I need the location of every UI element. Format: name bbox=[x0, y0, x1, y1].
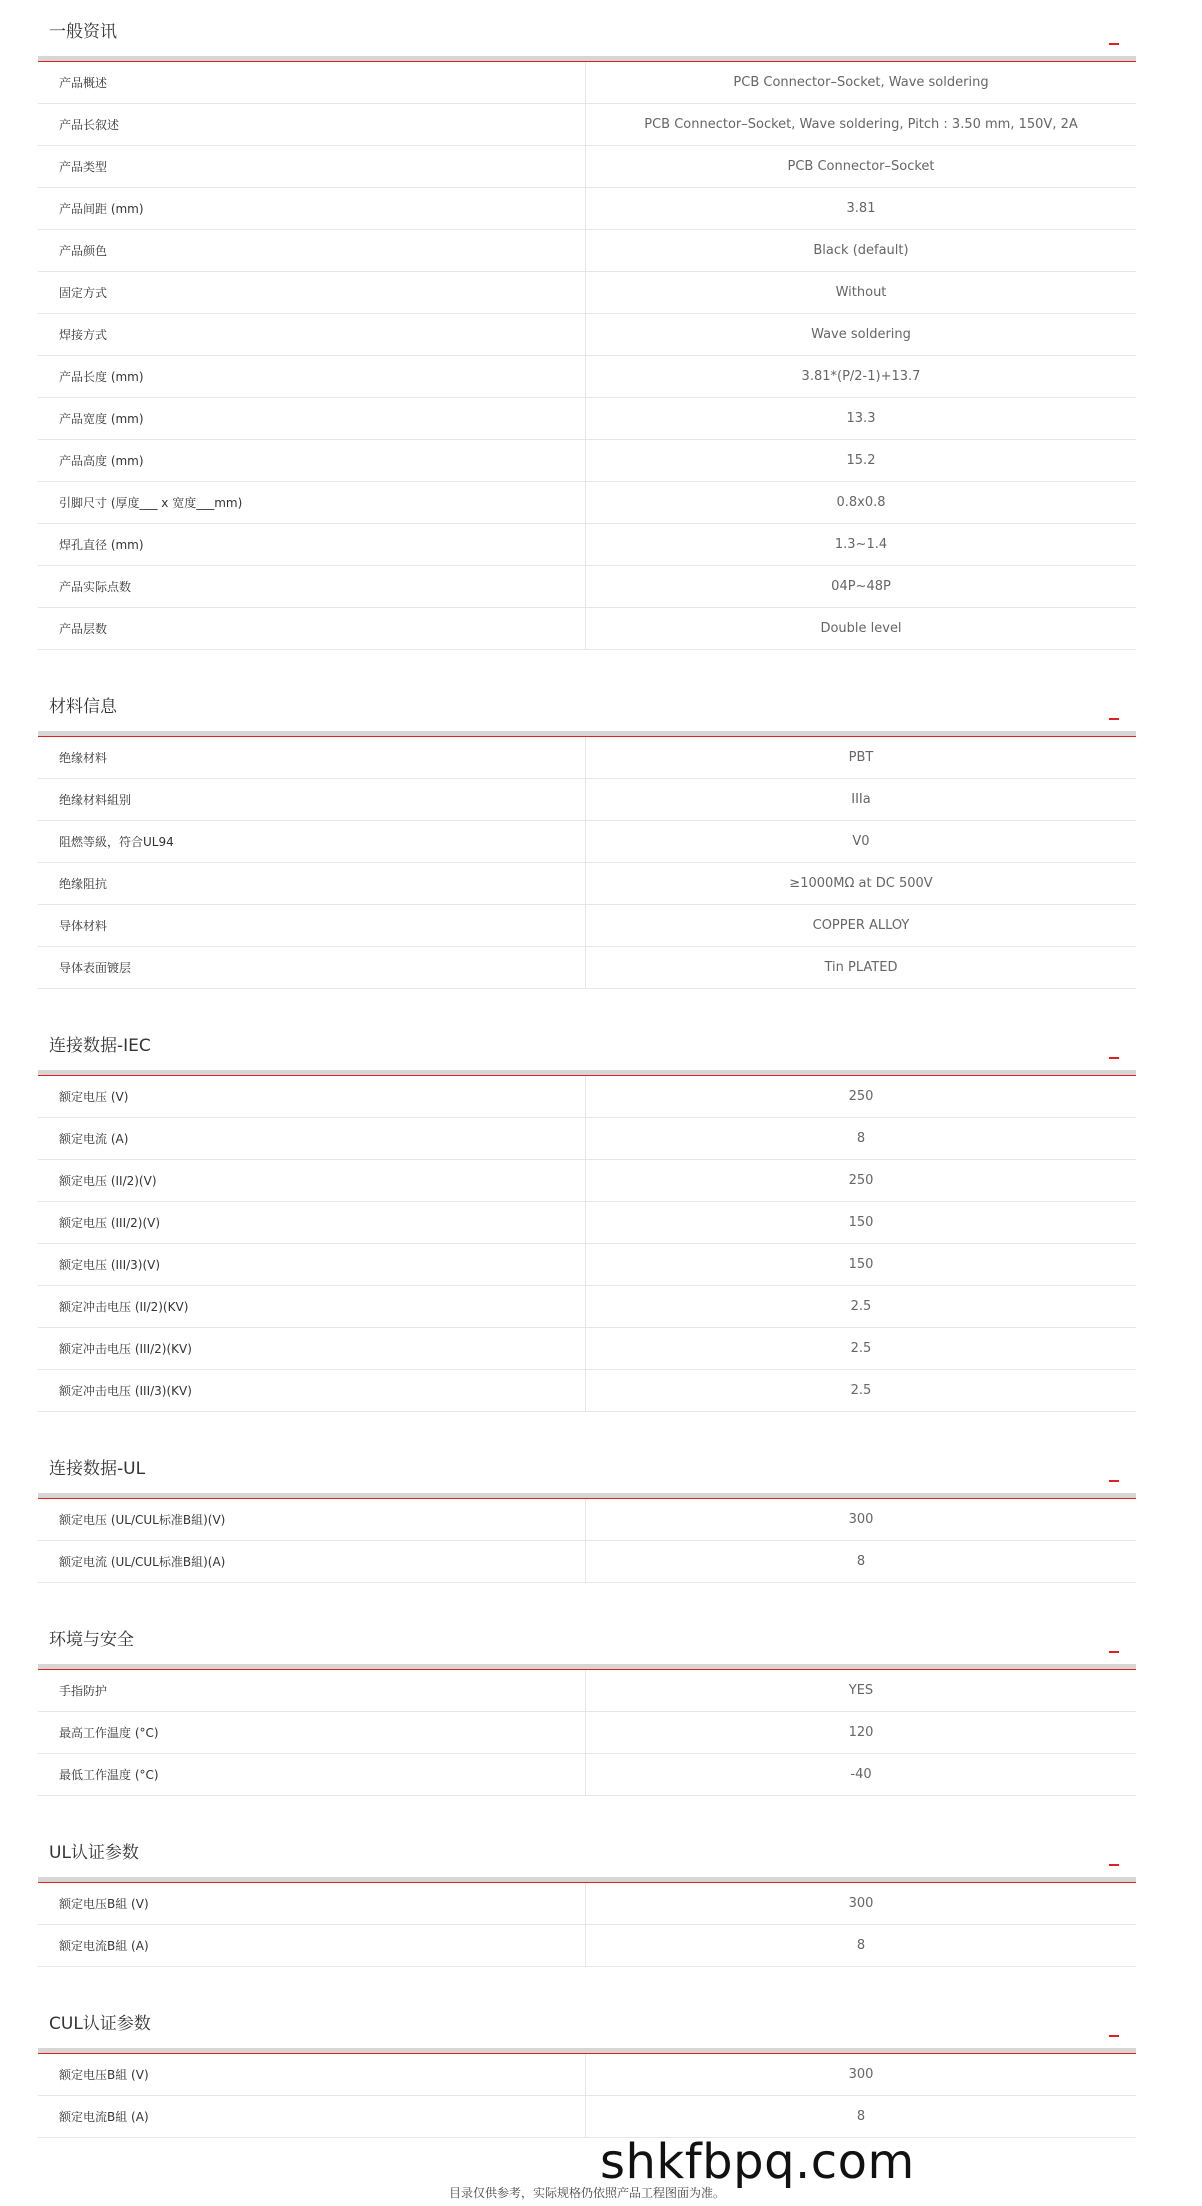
row-label: 产品概述 bbox=[38, 62, 586, 104]
row-label: 额定电压B組 (V) bbox=[38, 1883, 586, 1925]
table-row: 产品间距 (mm)3.81 bbox=[38, 188, 1136, 230]
row-label: 焊接方式 bbox=[38, 314, 586, 356]
section-title: 连接数据-UL bbox=[49, 1457, 145, 1481]
collapse-button[interactable] bbox=[1105, 1473, 1123, 1489]
table-row: 产品颜色Black (default) bbox=[38, 230, 1136, 272]
row-value: Tin PLATED bbox=[586, 947, 1137, 989]
minus-icon bbox=[1109, 718, 1119, 720]
table-row: 手指防护YES bbox=[38, 1670, 1136, 1712]
table-row: 焊接方式Wave soldering bbox=[38, 314, 1136, 356]
row-label: 额定电压 (V) bbox=[38, 1076, 586, 1118]
collapse-button[interactable] bbox=[1105, 1644, 1123, 1660]
table-row: 产品宽度 (mm)13.3 bbox=[38, 398, 1136, 440]
table-row: 产品实际点数04P~48P bbox=[38, 566, 1136, 608]
row-value: 13.3 bbox=[586, 398, 1137, 440]
row-value: 8 bbox=[586, 2096, 1137, 2138]
collapse-button[interactable] bbox=[1105, 1050, 1123, 1066]
minus-icon bbox=[1109, 2035, 1119, 2037]
table-row: 额定电压 (II/2)(V)250 bbox=[38, 1160, 1136, 1202]
row-value: 250 bbox=[586, 1160, 1137, 1202]
spec-table: 额定电压B組 (V)300 额定电流B組 (A)8 bbox=[38, 1883, 1136, 1967]
section-connection-iec: 连接数据-IEC 额定电压 (V)250 额定电流 (A)8 额定电压 (II/… bbox=[38, 1014, 1136, 1412]
table-row: 阻燃等級，符合UL94V0 bbox=[38, 821, 1136, 863]
table-row: 产品长度 (mm)3.81*(P/2-1)+13.7 bbox=[38, 356, 1136, 398]
row-value: 150 bbox=[586, 1202, 1137, 1244]
section-title: 一般资讯 bbox=[49, 20, 117, 44]
table-row: 额定电流 (UL/CUL标准B組)(A)8 bbox=[38, 1541, 1136, 1583]
table-row: 导体材料COPPER ALLOY bbox=[38, 905, 1136, 947]
row-value: 8 bbox=[586, 1925, 1137, 1967]
row-value: Wave soldering bbox=[586, 314, 1137, 356]
row-value: YES bbox=[586, 1670, 1137, 1712]
table-row: 产品概述PCB Connector–Socket, Wave soldering bbox=[38, 62, 1136, 104]
disclaimer-note: 目录仅供参考，实际规格仍依照产品工程图面为准。 bbox=[0, 2185, 1174, 2201]
row-value: PCB Connector–Socket bbox=[586, 146, 1137, 188]
minus-icon bbox=[1109, 1480, 1119, 1482]
spec-table: 产品概述PCB Connector–Socket, Wave soldering… bbox=[38, 62, 1136, 650]
row-value: 0.8x0.8 bbox=[586, 482, 1137, 524]
section-title: 连接数据-IEC bbox=[49, 1034, 151, 1058]
section-environment-safety: 环境与安全 手指防护YES 最高工作温度 (°C)120 最低工作温度 (°C)… bbox=[38, 1608, 1136, 1796]
row-label: 绝缘材料組别 bbox=[38, 779, 586, 821]
table-row: 最低工作温度 (°C)-40 bbox=[38, 1754, 1136, 1796]
row-label: 额定冲击电压 (III/2)(KV) bbox=[38, 1328, 586, 1370]
row-value: 120 bbox=[586, 1712, 1137, 1754]
row-label: 额定电压B組 (V) bbox=[38, 2054, 586, 2096]
row-value: IIIa bbox=[586, 779, 1137, 821]
table-row: 额定电压B組 (V)300 bbox=[38, 2054, 1136, 2096]
spec-page: 一般资讯 产品概述PCB Connector–Socket, Wave sold… bbox=[38, 0, 1136, 2163]
row-value: 15.2 bbox=[586, 440, 1137, 482]
row-value: 150 bbox=[586, 1244, 1137, 1286]
row-label: 额定电压 (UL/CUL标准B組)(V) bbox=[38, 1499, 586, 1541]
section-title: 材料信息 bbox=[49, 695, 117, 719]
row-value: 250 bbox=[586, 1076, 1137, 1118]
row-label: 额定电流 (UL/CUL标准B組)(A) bbox=[38, 1541, 586, 1583]
row-label: 手指防护 bbox=[38, 1670, 586, 1712]
row-value: PBT bbox=[586, 737, 1137, 779]
table-row: 产品长叙述PCB Connector–Socket, Wave solderin… bbox=[38, 104, 1136, 146]
table-row: 焊孔直径 (mm)1.3~1.4 bbox=[38, 524, 1136, 566]
table-row: 产品高度 (mm)15.2 bbox=[38, 440, 1136, 482]
spec-table: 绝缘材料PBT 绝缘材料組别IIIa 阻燃等級，符合UL94V0 绝缘阻抗≥10… bbox=[38, 737, 1136, 989]
table-row: 额定电压 (III/2)(V)150 bbox=[38, 1202, 1136, 1244]
section-header: 环境与安全 bbox=[38, 1608, 1136, 1664]
row-label: 绝缘材料 bbox=[38, 737, 586, 779]
row-label: 产品实际点数 bbox=[38, 566, 586, 608]
row-label: 额定电压 (III/2)(V) bbox=[38, 1202, 586, 1244]
row-value: 300 bbox=[586, 2054, 1137, 2096]
row-label: 额定电压 (III/3)(V) bbox=[38, 1244, 586, 1286]
row-label: 产品高度 (mm) bbox=[38, 440, 586, 482]
table-row: 额定电流 (A)8 bbox=[38, 1118, 1136, 1160]
row-label: 产品颜色 bbox=[38, 230, 586, 272]
spec-table: 额定电压 (UL/CUL标准B組)(V)300 额定电流 (UL/CUL标准B組… bbox=[38, 1499, 1136, 1583]
row-value: 1.3~1.4 bbox=[586, 524, 1137, 566]
section-header: 一般资讯 bbox=[38, 0, 1136, 56]
watermark: shkfbpq.com bbox=[600, 2134, 915, 2190]
table-row: 最高工作温度 (°C)120 bbox=[38, 1712, 1136, 1754]
row-value: PCB Connector–Socket, Wave soldering, Pi… bbox=[586, 104, 1137, 146]
row-label: 最低工作温度 (°C) bbox=[38, 1754, 586, 1796]
row-label: 导体材料 bbox=[38, 905, 586, 947]
minus-icon bbox=[1109, 43, 1119, 45]
table-row: 固定方式Without bbox=[38, 272, 1136, 314]
table-row: 产品类型PCB Connector–Socket bbox=[38, 146, 1136, 188]
row-label: 固定方式 bbox=[38, 272, 586, 314]
section-header: 连接数据-UL bbox=[38, 1437, 1136, 1493]
table-row: 导体表面镀层Tin PLATED bbox=[38, 947, 1136, 989]
row-value: Double level bbox=[586, 608, 1137, 650]
row-value: 8 bbox=[586, 1541, 1137, 1583]
row-value: 300 bbox=[586, 1499, 1137, 1541]
minus-icon bbox=[1109, 1651, 1119, 1653]
row-label: 引脚尺寸 (厚度___ x 宽度___mm) bbox=[38, 482, 586, 524]
table-row: 额定冲击电压 (III/3)(KV)2.5 bbox=[38, 1370, 1136, 1412]
row-label: 额定电流B組 (A) bbox=[38, 2096, 586, 2138]
row-label: 产品层数 bbox=[38, 608, 586, 650]
section-general-info: 一般资讯 产品概述PCB Connector–Socket, Wave sold… bbox=[38, 0, 1136, 650]
section-title: UL认证参数 bbox=[49, 1841, 139, 1865]
row-label: 额定电流B組 (A) bbox=[38, 1925, 586, 1967]
minus-icon bbox=[1109, 1057, 1119, 1059]
section-header: 材料信息 bbox=[38, 675, 1136, 731]
row-value: V0 bbox=[586, 821, 1137, 863]
collapse-button[interactable] bbox=[1105, 2028, 1123, 2044]
row-value: 04P~48P bbox=[586, 566, 1137, 608]
row-label: 最高工作温度 (°C) bbox=[38, 1712, 586, 1754]
spec-table: 额定电压 (V)250 额定电流 (A)8 额定电压 (II/2)(V)250 … bbox=[38, 1076, 1136, 1412]
row-label: 阻燃等級，符合UL94 bbox=[38, 821, 586, 863]
table-row: 额定冲击电压 (II/2)(KV)2.5 bbox=[38, 1286, 1136, 1328]
row-value: Black (default) bbox=[586, 230, 1137, 272]
section-material-info: 材料信息 绝缘材料PBT 绝缘材料組别IIIa 阻燃等級，符合UL94V0 绝缘… bbox=[38, 675, 1136, 989]
table-row: 额定电流B組 (A)8 bbox=[38, 2096, 1136, 2138]
row-value: -40 bbox=[586, 1754, 1137, 1796]
table-row: 额定冲击电压 (III/2)(KV)2.5 bbox=[38, 1328, 1136, 1370]
row-label: 产品间距 (mm) bbox=[38, 188, 586, 230]
row-value: 2.5 bbox=[586, 1286, 1137, 1328]
row-label: 产品长叙述 bbox=[38, 104, 586, 146]
row-value: COPPER ALLOY bbox=[586, 905, 1137, 947]
row-value: 8 bbox=[586, 1118, 1137, 1160]
spec-table: 额定电压B組 (V)300 额定电流B組 (A)8 bbox=[38, 2054, 1136, 2138]
row-label: 额定电流 (A) bbox=[38, 1118, 586, 1160]
section-title: CUL认证参数 bbox=[49, 2012, 151, 2036]
row-value: 2.5 bbox=[586, 1370, 1137, 1412]
row-label: 产品长度 (mm) bbox=[38, 356, 586, 398]
table-row: 绝缘材料PBT bbox=[38, 737, 1136, 779]
row-label: 产品类型 bbox=[38, 146, 586, 188]
collapse-button[interactable] bbox=[1105, 711, 1123, 727]
collapse-button[interactable] bbox=[1105, 1857, 1123, 1873]
row-value: PCB Connector–Socket, Wave soldering bbox=[586, 62, 1137, 104]
row-label: 额定冲击电压 (III/3)(KV) bbox=[38, 1370, 586, 1412]
section-title: 环境与安全 bbox=[49, 1628, 134, 1652]
row-label: 导体表面镀层 bbox=[38, 947, 586, 989]
spec-table: 手指防护YES 最高工作温度 (°C)120 最低工作温度 (°C)-40 bbox=[38, 1670, 1136, 1796]
table-row: 额定电压B組 (V)300 bbox=[38, 1883, 1136, 1925]
row-label: 产品宽度 (mm) bbox=[38, 398, 586, 440]
row-label: 绝缘阻抗 bbox=[38, 863, 586, 905]
table-row: 绝缘材料組别IIIa bbox=[38, 779, 1136, 821]
row-value: 3.81*(P/2-1)+13.7 bbox=[586, 356, 1137, 398]
row-value: 2.5 bbox=[586, 1328, 1137, 1370]
table-row: 绝缘阻抗≥1000MΩ at DC 500V bbox=[38, 863, 1136, 905]
section-header: UL认证参数 bbox=[38, 1821, 1136, 1877]
row-value: Without bbox=[586, 272, 1137, 314]
minus-icon bbox=[1109, 1864, 1119, 1866]
row-value: 3.81 bbox=[586, 188, 1137, 230]
collapse-button[interactable] bbox=[1105, 36, 1123, 52]
section-ul-certification: UL认证参数 额定电压B組 (V)300 额定电流B組 (A)8 bbox=[38, 1821, 1136, 1967]
row-value: ≥1000MΩ at DC 500V bbox=[586, 863, 1137, 905]
table-row: 额定电压 (III/3)(V)150 bbox=[38, 1244, 1136, 1286]
section-connection-ul: 连接数据-UL 额定电压 (UL/CUL标准B組)(V)300 额定电流 (UL… bbox=[38, 1437, 1136, 1583]
row-label: 焊孔直径 (mm) bbox=[38, 524, 586, 566]
table-row: 产品层数Double level bbox=[38, 608, 1136, 650]
table-row: 额定电压 (UL/CUL标准B組)(V)300 bbox=[38, 1499, 1136, 1541]
section-header: CUL认证参数 bbox=[38, 1992, 1136, 2048]
section-header: 连接数据-IEC bbox=[38, 1014, 1136, 1070]
table-row: 额定电压 (V)250 bbox=[38, 1076, 1136, 1118]
row-label: 额定冲击电压 (II/2)(KV) bbox=[38, 1286, 586, 1328]
table-row: 引脚尺寸 (厚度___ x 宽度___mm)0.8x0.8 bbox=[38, 482, 1136, 524]
section-cul-certification: CUL认证参数 额定电压B組 (V)300 额定电流B組 (A)8 bbox=[38, 1992, 1136, 2138]
row-label: 额定电压 (II/2)(V) bbox=[38, 1160, 586, 1202]
row-value: 300 bbox=[586, 1883, 1137, 1925]
table-row: 额定电流B組 (A)8 bbox=[38, 1925, 1136, 1967]
